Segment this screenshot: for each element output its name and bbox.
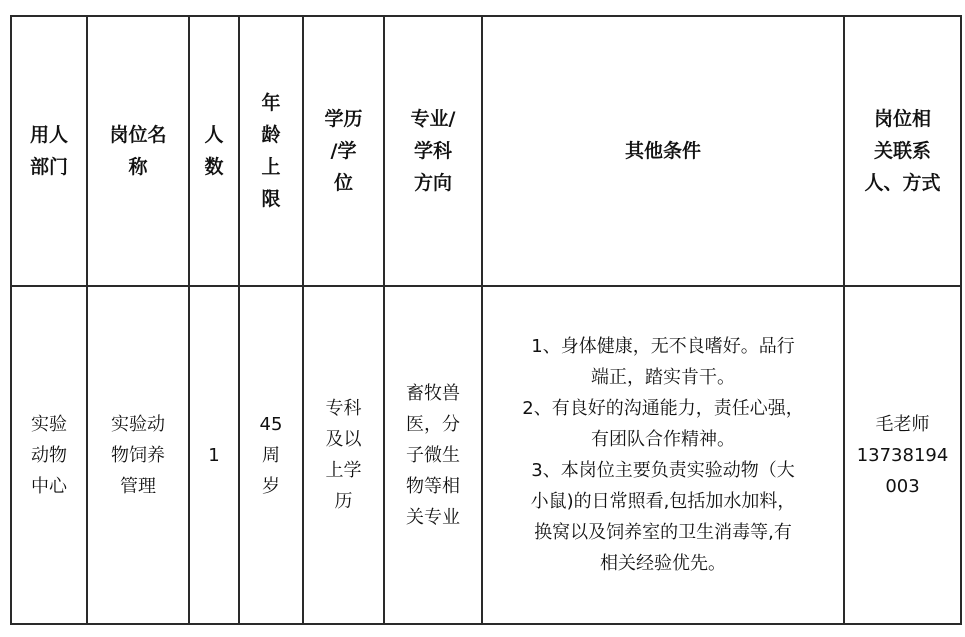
header-major: 专业/ 学科 方向 <box>384 16 482 286</box>
header-age-limit: 年 龄 上 限 <box>239 16 303 286</box>
header-contact: 岗位相 关联系 人、方式 <box>844 16 961 286</box>
cell-education: 专科 及以 上学 历 <box>303 286 384 624</box>
header-row: 用人 部门 岗位名 称 人 数 年 龄 上 限 学历 /学 位 专业/ 学科 方… <box>11 16 961 286</box>
cell-major: 畜牧兽 医，分 子微生 物等相 关专业 <box>384 286 482 624</box>
header-conditions: 其他条件 <box>482 16 844 286</box>
header-position: 岗位名 称 <box>87 16 189 286</box>
cell-conditions: 1、身体健康，无不良嗜好。品行 端正，踏实肯干。 2、有良好的沟通能力，责任心强… <box>482 286 844 624</box>
header-education: 学历 /学 位 <box>303 16 384 286</box>
cell-age-limit: 45 周 岁 <box>239 286 303 624</box>
cell-count: 1 <box>189 286 239 624</box>
header-count: 人 数 <box>189 16 239 286</box>
header-department: 用人 部门 <box>11 16 87 286</box>
table-row: 实验 动物 中心 实验动 物饲养 管理 1 45 周 岁 专科 及以 上学 历 … <box>11 286 961 624</box>
cell-contact: 毛老师 13738194 003 <box>844 286 961 624</box>
recruitment-table: 用人 部门 岗位名 称 人 数 年 龄 上 限 学历 /学 位 专业/ 学科 方… <box>10 15 962 625</box>
cell-department: 实验 动物 中心 <box>11 286 87 624</box>
cell-position: 实验动 物饲养 管理 <box>87 286 189 624</box>
